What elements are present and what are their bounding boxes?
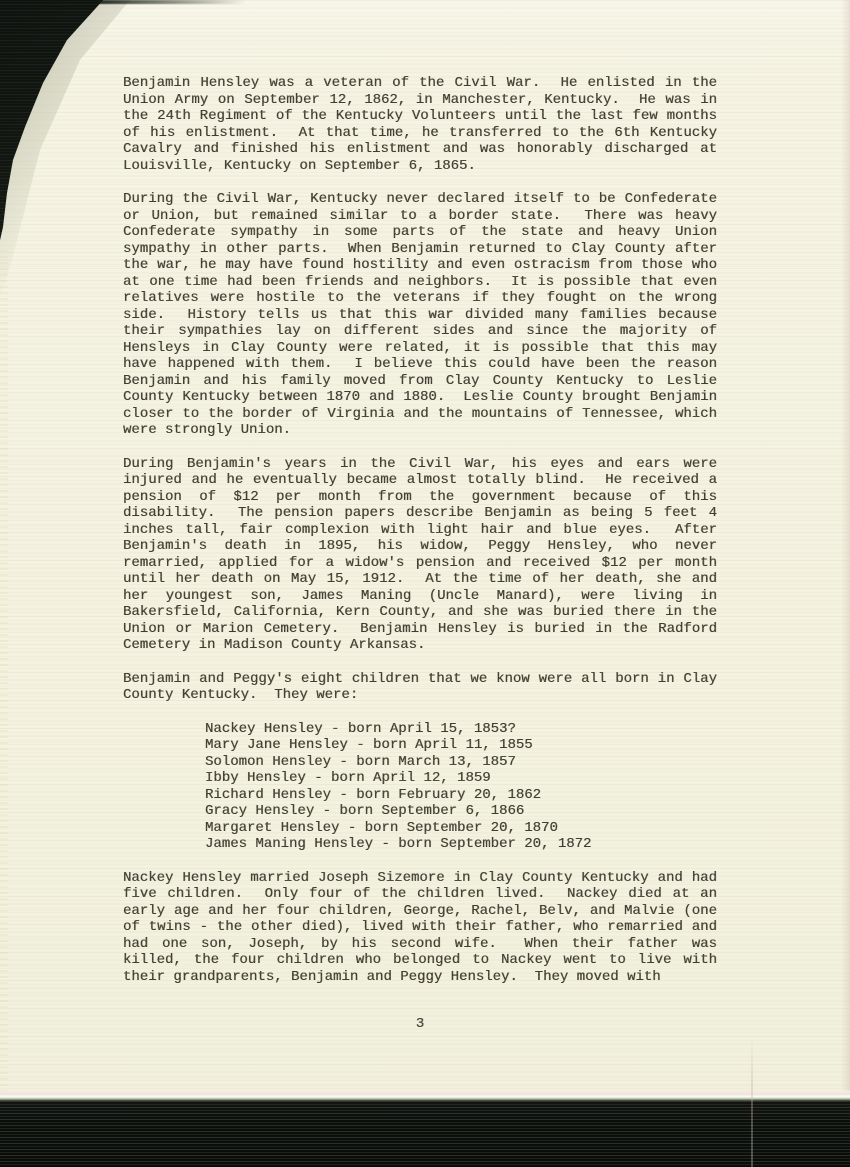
text-line: relatives were hostile to the veterans i… — [123, 290, 717, 307]
text-line: have happened with them. I believe this … — [123, 356, 717, 373]
text-line: were strongly Union. — [123, 422, 717, 439]
text-line: Louisville, Kentucky on September 6, 186… — [123, 158, 717, 175]
text-line: Hensleys in Clay County were related, it… — [123, 340, 717, 357]
scan-edge-streak — [96, 0, 246, 4]
text-line: the war, he may have found hostility and… — [123, 257, 717, 274]
scanned-page: Benjamin Hensley was a veteran of the Ci… — [0, 0, 850, 1167]
text-line: of twins - the other died), lived with t… — [123, 919, 717, 936]
text-line: County Kentucky between 1870 and 1880. L… — [123, 389, 717, 406]
text-line: remarried, applied for a widow's pension… — [123, 555, 717, 572]
paragraph: Benjamin Hensley was a veteran of the Ci… — [123, 75, 717, 174]
text-line: Bakersfield, California, Kern County, an… — [123, 604, 717, 621]
text-line: Benjamin's death in 1895, his widow, Peg… — [123, 538, 717, 555]
page-bottom-edge-highlight — [0, 1089, 850, 1101]
document-text: Benjamin Hensley was a veteran of the Ci… — [123, 75, 717, 1033]
paragraph: During the Civil War, Kentucky never dec… — [123, 191, 717, 439]
list-item: Richard Hensley - born February 20, 1862 — [123, 787, 717, 804]
text-line: disability. The pension papers describe … — [123, 505, 717, 522]
text-line: side. History tells us that this war div… — [123, 307, 717, 324]
scanner-bed-bottom-band — [0, 1101, 850, 1167]
text-line: at one time had been friends and neighbo… — [123, 274, 717, 291]
text-line: injured and he eventually became almost … — [123, 472, 717, 489]
text-line: County Kentucky. They were: — [123, 687, 717, 704]
text-line: pension of $12 per month from the govern… — [123, 489, 717, 506]
page-edge-line — [751, 1035, 753, 1167]
text-line: killed, the four children who belonged t… — [123, 952, 717, 969]
text-line: During the Civil War, Kentucky never dec… — [123, 191, 717, 208]
text-line: the 24th Regiment of the Kentucky Volunt… — [123, 108, 717, 125]
text-line: Benjamin and Peggy's eight children that… — [123, 671, 717, 688]
text-line: their sympathies lay on different sides … — [123, 323, 717, 340]
paragraph: During Benjamin's years in the Civil War… — [123, 456, 717, 654]
scanner-bed-corner — [0, 0, 110, 252]
text-line: closer to the border of Virginia and the… — [123, 406, 717, 423]
text-line: of his enlistment. At that time, he tran… — [123, 125, 717, 142]
text-line: had one son, Joseph, by his second wife.… — [123, 936, 717, 953]
text-line: five children. Only four of the children… — [123, 886, 717, 903]
text-line: Cemetery in Madison County Arkansas. — [123, 637, 717, 654]
scan-left-edge-artifact — [0, 250, 8, 1095]
list-item: James Maning Hensley - born September 20… — [123, 836, 717, 853]
text-line: Confederate sympathy in some parts of th… — [123, 224, 717, 241]
list-item: Ibby Hensley - born April 12, 1859 — [123, 770, 717, 787]
children-list: Nackey Hensley - born April 15, 1853?Mar… — [123, 721, 717, 853]
list-item: Margaret Hensley - born September 20, 18… — [123, 820, 717, 837]
text-line: sympathy in other parts. When Benjamin r… — [123, 241, 717, 258]
text-line: Benjamin Hensley was a veteran of the Ci… — [123, 75, 717, 92]
list-item: Solomon Hensley - born March 13, 1857 — [123, 754, 717, 771]
document-blocks: Benjamin Hensley was a veteran of the Ci… — [123, 75, 717, 985]
text-line: Benjamin and his family moved from Clay … — [123, 373, 717, 390]
text-line: early age and her four children, George,… — [123, 903, 717, 920]
scan-right-edge-artifact — [841, 0, 850, 1167]
paragraph: Benjamin and Peggy's eight children that… — [123, 671, 717, 704]
text-line: until her death on May 15, 1912. At the … — [123, 571, 717, 588]
text-line: their grandparents, Benjamin and Peggy H… — [123, 969, 717, 986]
page-number: 3 — [123, 1016, 717, 1033]
text-line: inches tall, fair complexion with light … — [123, 522, 717, 539]
paragraph: Nackey Hensley married Joseph Sizemore i… — [123, 870, 717, 986]
list-item: Nackey Hensley - born April 15, 1853? — [123, 721, 717, 738]
text-line: Nackey Hensley married Joseph Sizemore i… — [123, 870, 717, 887]
text-line: her youngest son, James Maning (Uncle Ma… — [123, 588, 717, 605]
text-line: Union or Marion Cemetery. Benjamin Hensl… — [123, 621, 717, 638]
list-item: Gracy Hensley - born September 6, 1866 — [123, 803, 717, 820]
text-line: Union Army on September 12, 1862, in Man… — [123, 92, 717, 109]
text-line: Cavalry and finished his enlistment and … — [123, 141, 717, 158]
text-line: or Union, but remained similar to a bord… — [123, 208, 717, 225]
list-item: Mary Jane Hensley - born April 11, 1855 — [123, 737, 717, 754]
text-line: During Benjamin's years in the Civil War… — [123, 456, 717, 473]
